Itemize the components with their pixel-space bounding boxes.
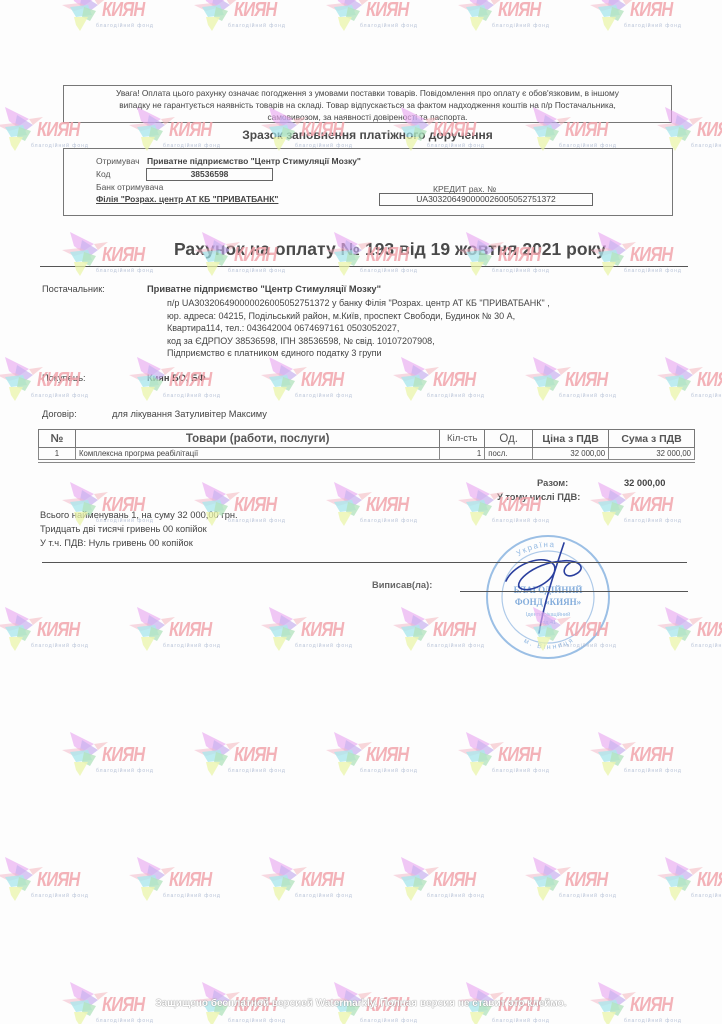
invoice-title: Рахунок на оплату № 193 від 19 жовтня 20… [100,239,680,260]
watermark-logo-text: КИЯН [630,0,672,22]
bird-logo-icon [456,480,504,528]
watermark-logo-subtext: благодійний фонд [427,393,485,399]
bird-logo-icon [324,730,372,778]
code-label: Код [96,169,110,179]
stamp-center-line-2: ФОНД «КИЯН» [515,597,582,607]
buyer-value: Киян БО, БФ [147,373,206,383]
watermark-logo-text: КИЯН [697,619,722,642]
bird-logo-icon [259,355,307,403]
bird-logo-icon [391,605,439,653]
bird-logo-icon [60,0,108,33]
watermarkly-footer-text: Защищено бесплатной версией Watermarkly.… [0,998,722,1009]
watermark-logo-subtext: благодійний фонд [691,143,722,149]
bird-logo-icon [259,855,307,903]
watermark-logo-subtext: благодійний фонд [492,768,550,774]
bird-logo-icon [60,730,108,778]
watermark-logo-subtext: благодійний фонд [559,893,617,899]
watermark-logo-text: КИЯН [366,494,408,517]
watermark-logo-subtext: благодійний фонд [427,643,485,649]
total-label: Разом: [537,478,568,488]
payment-sample-title: Зразок заповнення платіжного доручення [60,128,675,142]
watermark-logo-text: КИЯН [565,869,607,892]
kiyan-logo-watermark: КИЯН благодійний фонд [391,855,481,903]
code-field: 38536598 [146,168,273,181]
kiyan-logo-watermark: КИЯН благодійний фонд [60,0,150,33]
stamp-center-line-4: код 41 [540,620,556,626]
supplier-label: Постачальник: [42,284,105,294]
supplier-name: Приватне підприємство "Центр Стимуляції … [147,284,381,294]
watermark-logo-text: КИЯН [697,119,722,142]
watermark-logo-subtext: благодійний фонд [295,643,353,649]
cell-sum: 32 000,00 [609,448,695,460]
bird-logo-icon [523,355,571,403]
watermark-logo-subtext: благодійний фонд [163,393,221,399]
watermark-logo-subtext: благодійний фонд [163,893,221,899]
kiyan-logo-watermark: КИЯН благодійний фонд [324,730,414,778]
watermark-logo-subtext: благодійний фонд [492,23,550,29]
summary-amount-words: Тридцать дві тисячі гривень 00 копійок [40,522,238,536]
notice-line-3: самовивозом, за наявності довіреності та… [68,111,667,123]
watermark-logo-subtext: благодійний фонд [96,768,154,774]
watermark-logo-text: КИЯН [366,0,408,22]
col-header-number: № [39,430,76,448]
supplier-details: п/р UA303206490000026005052751372 у банк… [167,297,550,360]
kiyan-logo-watermark: КИЯН благодійний фонд [391,605,481,653]
bird-logo-icon [456,730,504,778]
kiyan-logo-watermark: КИЯН благодійний фонд [324,480,414,528]
watermark-logo-text: КИЯН [630,494,672,517]
cell-price: 32 000,00 [533,448,609,460]
watermark-logo-subtext: благодійний фонд [691,643,722,649]
watermark-logo-text: КИЯН [234,744,276,767]
watermark-logo-text: КИЯН [498,744,540,767]
watermark-logo-text: КИЯН [433,869,475,892]
watermark-logo-subtext: благодійний фонд [228,23,286,29]
payment-notice: Увага! Оплата цього рахунку означає пого… [63,85,672,123]
watermark-logo-text: КИЯН [697,369,722,392]
supplier-account-line: п/р UA303206490000026005052751372 у банк… [167,297,550,310]
supplier-address-line: юр. адреса: 04215, Подільський район, м.… [167,310,550,323]
recipient-name-bold: Приватне підприємство "Центр Стимуляції … [147,156,361,166]
watermark-logo-subtext: благодійний фонд [163,643,221,649]
bird-logo-icon [0,355,43,403]
watermark-logo-subtext: благодійний фонд [492,268,550,274]
watermark-logo-text: КИЯН [433,369,475,392]
watermark-logo-text: КИЯН [102,744,144,767]
kiyan-logo-watermark: КИЯН благодійний фонд [588,730,678,778]
watermark-logo-text: КИЯН [498,0,540,22]
credit-account-field: UA303206490000026005052751372 [379,193,593,206]
kiyan-logo-watermark: КИЯН благодійний фонд [324,0,414,33]
watermark-logo-subtext: благодійний фонд [96,23,154,29]
kiyan-logo-watermark: КИЯН благодійний фонд [127,605,217,653]
watermark-logo-subtext: благодійний фонд [360,518,418,524]
kiyan-logo-watermark: КИЯН благодійний фонд [0,855,85,903]
bird-logo-icon [192,0,240,33]
kiyan-logo-watermark: КИЯН благодійний фонд [523,355,613,403]
watermark-logo-subtext: благодійний фонд [492,518,550,524]
col-header-unit: Од. [485,430,533,448]
bank-label: Банк отримувача [96,182,163,192]
watermark-logo-subtext: благодійний фонд [295,893,353,899]
signature-line [460,591,688,592]
total-value: 32 000,00 [624,478,665,488]
summary-vat-words: У т.ч. ПДВ: Нуль гривень 00 копійок [40,536,238,550]
kiyan-logo-watermark: КИЯН благодійний фонд [259,855,349,903]
bird-logo-icon [259,605,307,653]
watermark-logo-text: КИЯН [102,0,144,22]
watermark-logo-subtext: благодійний фонд [96,1018,154,1024]
cell-quantity: 1 [440,448,485,460]
bank-value: Філія "Розрах. центр АТ КБ "ПРИВАТБАНК" [96,194,278,204]
payment-sample-box: Отримувач Приватне підприємство "Центр С… [63,148,673,216]
table-row: 1 Комплексна прогрма реабілітації 1 посл… [39,448,695,460]
title-divider [40,266,688,267]
watermark-logo-subtext: благодійний фонд [360,768,418,774]
watermark-logo-subtext: благодійний фонд [31,893,89,899]
kiyan-logo-watermark: КИЯН благодійний фонд [655,355,722,403]
cell-goods: Комплексна прогрма реабілітації [75,448,439,460]
bird-logo-icon [192,730,240,778]
recipient-value: Приватне підприємство "Центр Стимуляції … [147,156,361,166]
recipient-label: Отримувач [96,156,140,166]
vat-label: У тому числі ПДВ: [497,492,580,502]
watermark-logo-text: КИЯН [169,619,211,642]
kiyan-logo-watermark: КИЯН благодійний фонд [456,730,546,778]
col-header-quantity: Кіл-сть [440,430,485,448]
bird-logo-icon [523,855,571,903]
watermark-logo-subtext: благодійний фонд [691,393,722,399]
issued-by-label: Виписав(ла): [372,580,432,590]
notice-line-1: Увага! Оплата цього рахунку означає пого… [68,87,667,99]
watermark-logo-subtext: благодійний фонд [624,518,682,524]
kiyan-logo-watermark: КИЯН благодійний фонд [259,605,349,653]
watermark-logo-text: КИЯН [37,619,79,642]
watermark-logo-subtext: благодійний фонд [427,893,485,899]
bird-logo-icon [655,355,703,403]
watermark-logo-text: КИЯН [565,369,607,392]
watermark-logo-subtext: благодійний фонд [360,268,418,274]
watermark-logo-text: КИЯН [630,744,672,767]
contract-label: Договір: [42,409,77,419]
watermark-logo-subtext: благодійний фонд [624,1018,682,1024]
watermark-logo-text: КИЯН [234,494,276,517]
bird-logo-icon [655,855,703,903]
kiyan-logo-watermark: КИЯН благодійний фонд [456,480,546,528]
cell-number: 1 [39,448,76,460]
table-header-row: № Товари (работи, послуги) Кіл-сть Од. Ц… [39,430,695,448]
bird-logo-icon [391,355,439,403]
watermark-logo-text: КИЯН [37,869,79,892]
watermark-logo-subtext: благодійний фонд [624,268,682,274]
watermark-logo-subtext: благодійний фонд [559,393,617,399]
bird-logo-icon [127,605,175,653]
summary-divider [42,562,687,563]
kiyan-logo-watermark: КИЯН благодійний фонд [60,730,150,778]
kiyan-logo-watermark: КИЯН благодійний фонд [588,0,678,33]
supplier-codes-line: код за ЄДРПОУ 38536598, ІПН 38536598, № … [167,335,550,348]
kiyan-logo-watermark: КИЯН благодійний фонд [655,605,722,653]
watermark-logo-subtext: благодійний фонд [31,393,89,399]
bird-logo-icon [456,0,504,33]
kiyan-logo-watermark: КИЯН благодійний фонд [0,605,85,653]
watermark-logo-subtext: благодійний фонд [691,893,722,899]
kiyan-logo-watermark: КИЯН благодійний фонд [127,855,217,903]
kiyan-logo-watermark: КИЯН благодійний фонд [259,355,349,403]
kiyan-logo-watermark: КИЯН благодійний фонд [456,0,546,33]
watermark-logo-subtext: благодійний фонд [295,393,353,399]
watermark-logo-text: КИЯН [697,869,722,892]
supplier-phone-line: Квартира114, тел.: 043642004 0674697161 … [167,322,550,335]
watermark-logo-text: КИЯН [301,869,343,892]
bird-logo-icon [0,855,43,903]
watermark-logo-text: КИЯН [234,0,276,22]
bird-logo-icon [127,855,175,903]
notice-line-2: випадку не гарантується наявність товарі… [68,99,667,111]
cell-unit: посл. [485,448,533,460]
bird-logo-icon [0,605,43,653]
watermark-logo-text: КИЯН [366,744,408,767]
buyer-label: Покупець: [42,373,86,383]
watermark-logo-text: КИЯН [433,619,475,642]
col-header-price: Ціна з ПДВ [533,430,609,448]
watermark-logo-subtext: благодійний фонд [624,768,682,774]
watermark-logo-subtext: благодійний фонд [31,643,89,649]
kiyan-logo-watermark: КИЯН благодійний фонд [391,355,481,403]
bird-logo-icon [324,0,372,33]
bird-logo-icon [655,605,703,653]
bird-logo-icon [588,730,636,778]
watermark-logo-subtext: благодійний фонд [360,23,418,29]
kiyan-logo-watermark: КИЯН благодійний фонд [655,855,722,903]
kiyan-logo-watermark: КИЯН благодійний фонд [192,730,282,778]
watermark-logo-subtext: благодійний фонд [228,1018,286,1024]
amount-summary: Всього найменувань 1, на суму 32 000,00 … [40,508,238,550]
supplier-tax-line: Підприємство є платником єдиного податку… [167,347,550,360]
bird-logo-icon [0,105,43,153]
bird-logo-icon [391,855,439,903]
organization-stamp: Україна м. Вінниця БЛАГОДІЙНИЙ ФОНД «КИЯ… [484,533,612,661]
items-table: № Товари (работи, послуги) Кіл-сть Од. Ц… [38,429,695,460]
table-bottom-rule [38,462,695,463]
watermark-logo-subtext: благодійний фонд [228,268,286,274]
kiyan-logo-watermark: КИЯН благодійний фонд [192,0,282,33]
watermark-logo-text: КИЯН [301,369,343,392]
watermark-logo-subtext: благодійний фонд [492,1018,550,1024]
watermark-logo-subtext: благодійний фонд [624,23,682,29]
bird-logo-icon [324,480,372,528]
bird-logo-icon [588,0,636,33]
watermark-logo-subtext: благодійний фонд [96,268,154,274]
watermark-logo-text: КИЯН [301,619,343,642]
watermark-logo-text: КИЯН [169,869,211,892]
stamp-center-line-3: Ідентифікаційний [526,611,570,618]
col-header-goods: Товари (работи, послуги) [75,430,439,448]
summary-items-count: Всього найменувань 1, на суму 32 000,00 … [40,508,238,522]
watermark-logo-subtext: благодійний фонд [228,768,286,774]
kiyan-logo-watermark: КИЯН благодійний фонд [523,855,613,903]
watermark-logo-subtext: благодійний фонд [360,1018,418,1024]
col-header-sum: Сума з ПДВ [609,430,695,448]
contract-value: для лікування Затуливітер Максиму [112,409,267,419]
